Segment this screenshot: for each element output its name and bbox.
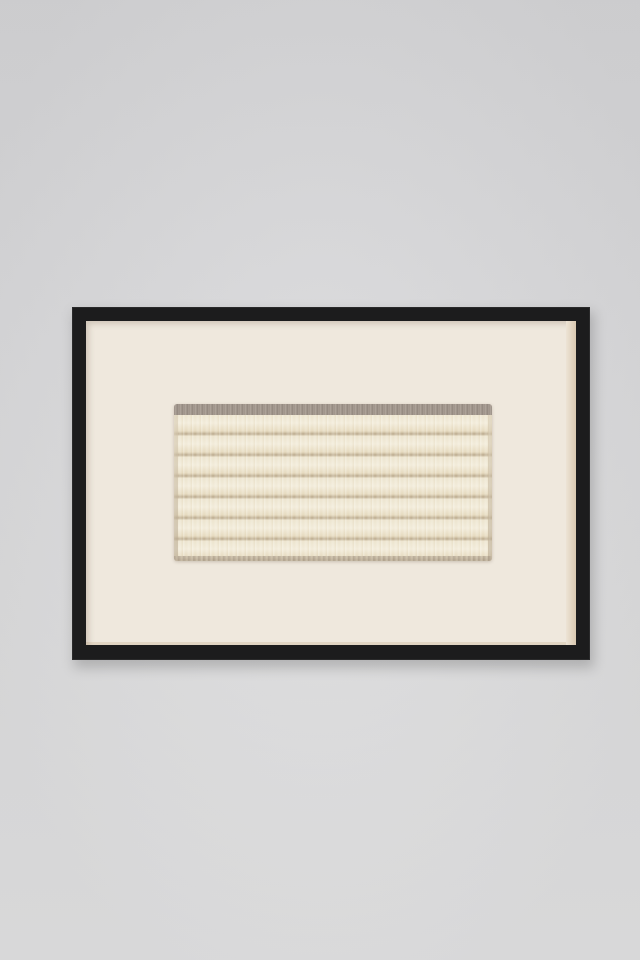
textile-edge-bottom	[174, 556, 492, 561]
mat-board	[86, 321, 576, 645]
mat-bevel	[566, 321, 576, 645]
woven-textile-artwork	[174, 404, 492, 561]
textile-top-band	[174, 404, 492, 415]
textile-wool-pile	[174, 415, 492, 561]
textile-edge-left	[174, 415, 178, 561]
textile-edge-right	[488, 415, 492, 561]
picture-frame	[72, 307, 590, 660]
